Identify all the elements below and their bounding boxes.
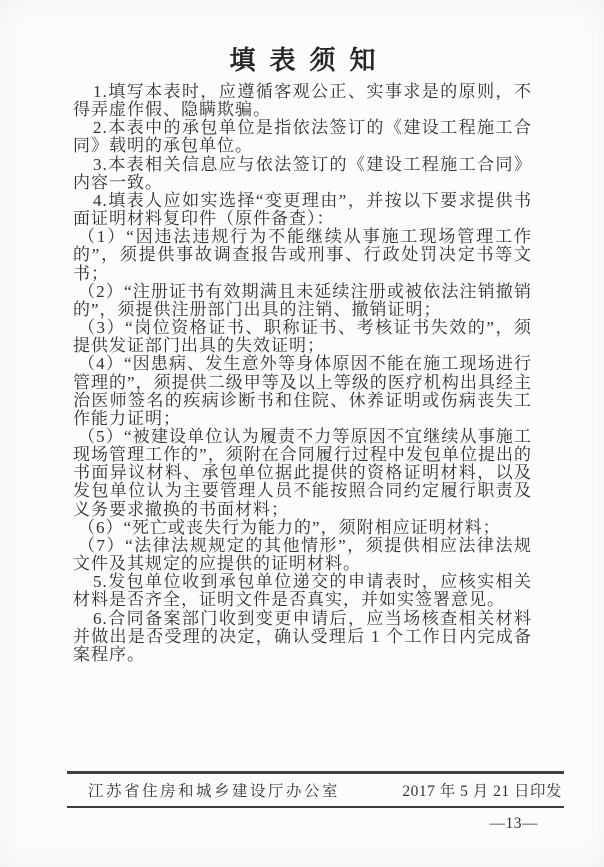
scanned-document-page: 填表须知 1.填写本表时，应遵循客观公正、实事求是的原则，不得弄虚作假、隐瞒欺骗… xyxy=(0,0,604,867)
paragraph: （6）“死亡或丧失行为能力的”，须附相应证明材料； xyxy=(73,519,532,537)
paragraph: 1.填写本表时，应遵循客观公正、实事求是的原则，不得弄虚作假、隐瞒欺骗。 xyxy=(73,83,532,119)
footer-rule-bottom xyxy=(67,806,564,808)
footer-row: 江苏省住房和城乡建设厅办公室 2017 年 5 月 21 日印发 xyxy=(67,774,564,806)
page-footer: 江苏省住房和城乡建设厅办公室 2017 年 5 月 21 日印发 —13— xyxy=(67,771,564,833)
paragraph: 5.发包单位收到承包单位递交的申请表时，应核实相关材料是否齐全，证明文件是否真实… xyxy=(73,573,532,609)
page-number: —13— xyxy=(67,815,564,833)
paragraph: （4）“因患病、发生意外等身体原因不能在施工现场进行管理的”，须提供二级甲等及以… xyxy=(73,355,532,428)
instructions-body: 1.填写本表时，应遵循客观公正、实事求是的原则，不得弄虚作假、隐瞒欺骗。2.本表… xyxy=(73,83,532,664)
paragraph: （7）“法律法规规定的其他情形”，须提供相应法律法规文件及其规定的应提供的证明材… xyxy=(73,537,532,573)
footer-issuer: 江苏省住房和城乡建设厅办公室 xyxy=(88,779,340,801)
paragraph: （3）“岗位资格证书、职称证书、考核证书失效的”，须提供发证部门出具的失效证明； xyxy=(73,319,532,355)
page-title: 填表须知 xyxy=(73,40,532,77)
paragraph: 4.填表人应如实选择“变更理由”，并按以下要求提供书面证明材料复印件（原件备查）… xyxy=(73,192,532,228)
paragraph: （1）“因违法违规行为不能继续从事施工现场管理工作的”，须提供事故调查报告或刑事… xyxy=(73,228,532,282)
paragraph: （5）“被建设单位认为履责不力等原因不宜继续从事施工现场管理工作的”，须附在合同… xyxy=(73,428,532,519)
paragraph: 6.合同备案部门收到变更申请后，应当场核查相关材料并做出是否受理的决定，确认受理… xyxy=(73,610,532,664)
paragraph: 3.本表相关信息应与依法签订的《建设工程施工合同》内容一致。 xyxy=(73,156,532,192)
paragraph: （2）“注册证书有效期满且未延续注册或被依法注销撤销的”，须提供注册部门出具的注… xyxy=(73,283,532,319)
paragraph: 2.本表中的承包单位是指依法签订的《建设工程施工合同》载明的承包单位。 xyxy=(73,119,532,155)
footer-print-date: 2017 年 5 月 21 日印发 xyxy=(402,779,562,801)
